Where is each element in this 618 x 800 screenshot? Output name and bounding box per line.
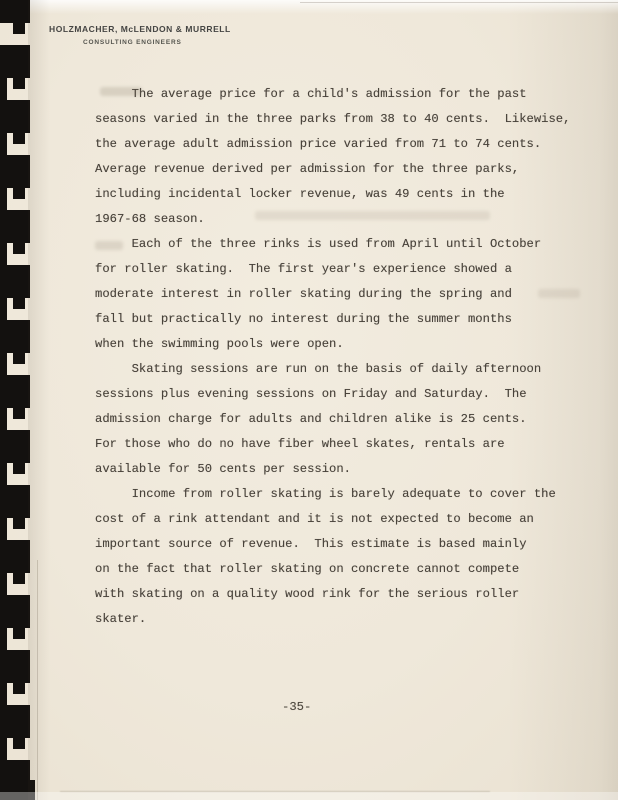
binding-shadow	[28, 0, 50, 800]
bleed-through-artifact	[255, 211, 490, 220]
page-number: -35-	[282, 700, 311, 714]
scanned-document-page: HOLZMACHER, McLENDON & MURRELL CONSULTIN…	[0, 0, 618, 800]
paragraph-rink-usage: Each of the three rinks is used from Apr…	[95, 232, 600, 357]
letterhead-subtitle: CONSULTING ENGINEERS	[83, 39, 231, 46]
bleed-through-artifact	[100, 87, 142, 96]
paragraph-skating-sessions: Skating sessions are run on the basis of…	[95, 357, 600, 482]
page-edge-line	[37, 560, 38, 800]
bleed-through-artifact	[538, 289, 580, 298]
scan-bottom-margin	[0, 792, 618, 800]
comb-binding-spine	[0, 78, 7, 800]
comb-binding	[0, 0, 60, 800]
letterhead-firm-name: HOLZMACHER, McLENDON & MURRELL	[49, 24, 231, 34]
scan-top-edge	[300, 2, 618, 3]
document-body: The average price for a child's admissio…	[95, 82, 600, 632]
comb-binding-tabs	[13, 0, 25, 800]
letterhead: HOLZMACHER, McLENDON & MURRELL CONSULTIN…	[49, 24, 231, 46]
paragraph-skating-income: Income from roller skating is barely ade…	[95, 482, 600, 632]
paragraph-admission-prices: The average price for a child's admissio…	[95, 82, 600, 232]
bleed-through-artifact	[95, 241, 123, 250]
